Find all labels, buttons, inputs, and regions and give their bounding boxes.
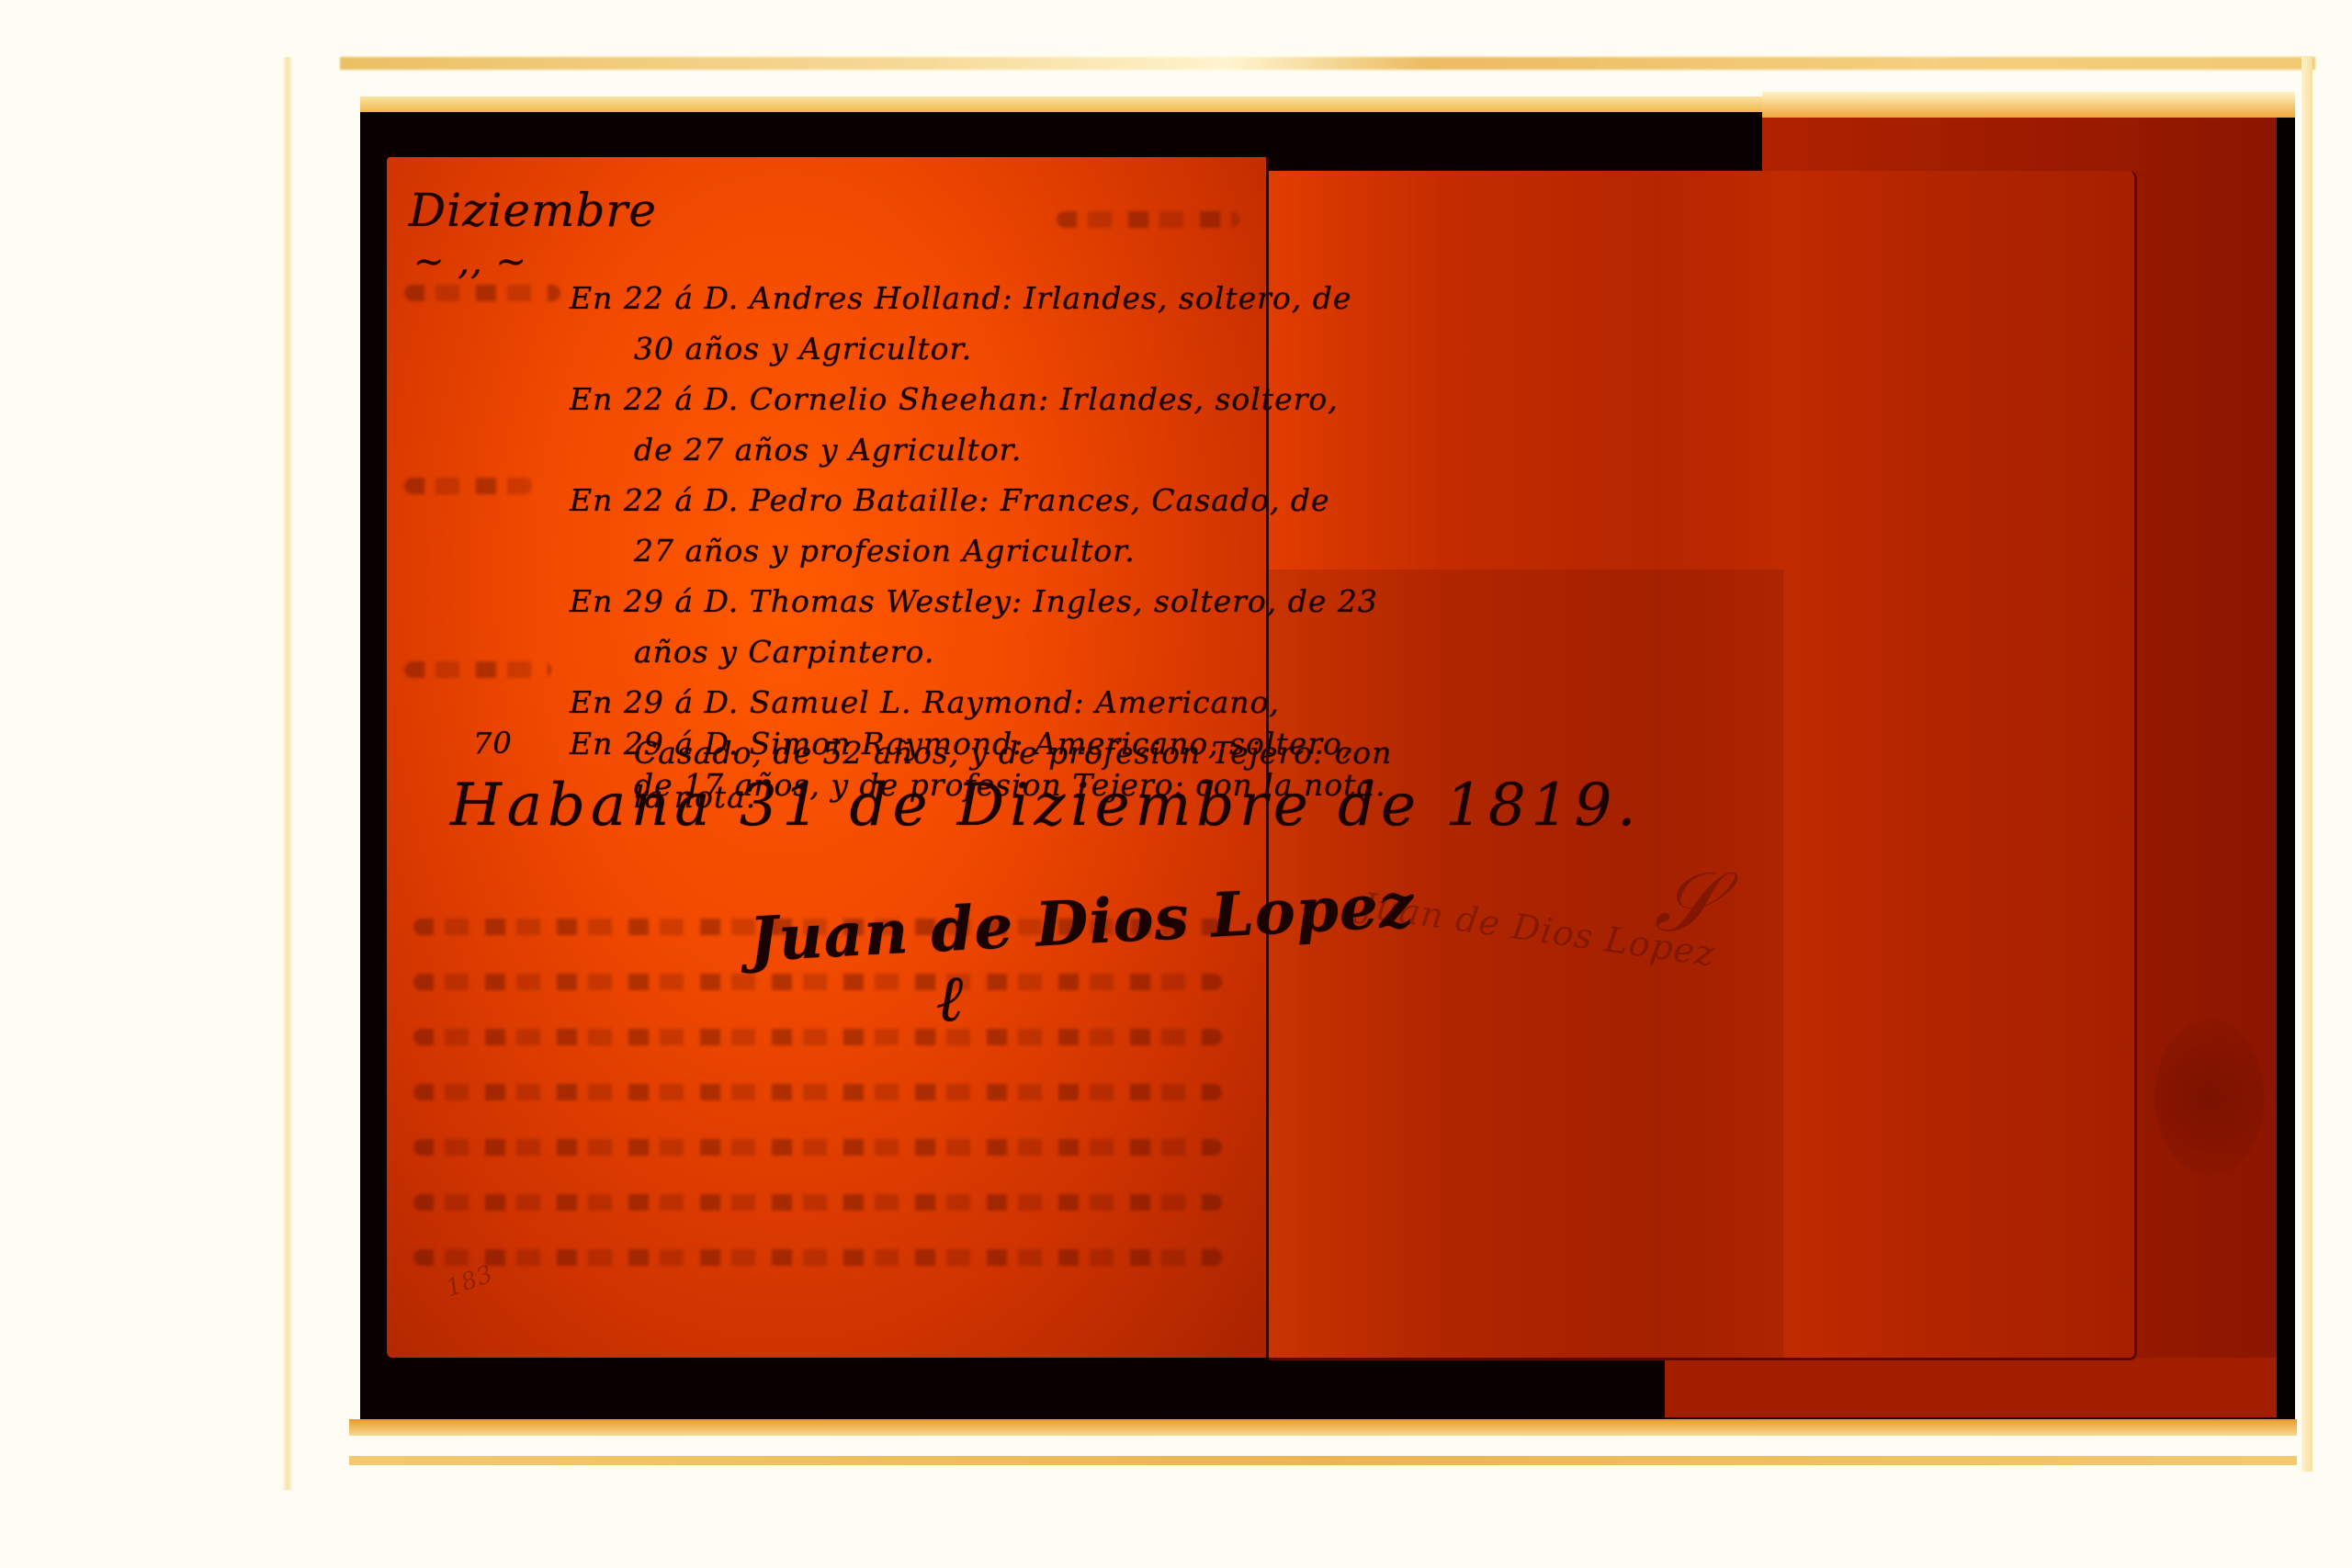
film-edge: [2301, 57, 2312, 1472]
entry-5-line-1: En 29 á D. Samuel L. Raymond: Americano,: [570, 684, 1280, 720]
closing-date: Habana 31 de Diziembre de 1819.: [450, 772, 1642, 840]
film-edge: [349, 1456, 2297, 1465]
entry-3-line-1: En 22 á D. Pedro Bataille: Frances, Casa…: [570, 482, 1330, 518]
ink-bleed-through: [1057, 211, 1240, 228]
entry-2-line-1: En 22 á D. Cornelio Sheehan: Irlandes, s…: [570, 381, 1339, 417]
ink-bleed-through: [413, 1139, 1222, 1156]
entry-1-line-1: En 22 á D. Andres Holland: Irlandes, sol…: [570, 280, 1351, 316]
entry-4-line-1: En 29 á D. Thomas Westley: Ingles, solte…: [570, 583, 1378, 619]
film-edge: [283, 57, 292, 1490]
show-through-flourish: 𝒮: [1654, 854, 1719, 952]
ink-bleed-through: [404, 285, 560, 301]
ink-bleed-through: [413, 1029, 1222, 1045]
backing-board: [1665, 1358, 2277, 1417]
ink-bleed-through: [413, 974, 1222, 990]
margin-number: 70: [473, 726, 513, 761]
entry-1-line-2: 30 años y Agricultor.: [634, 331, 972, 367]
film-edge: [360, 96, 1766, 112]
month-heading: Diziembre: [409, 184, 657, 237]
ink-bleed-through: [413, 1249, 1222, 1266]
paper-stain: [2154, 1020, 2265, 1176]
entry-2-line-2: de 27 años y Agricultor.: [634, 432, 1022, 468]
ink-bleed-through: [404, 661, 551, 678]
film-edge: [1762, 92, 2295, 118]
entry-4-line-2: años y Carpintero.: [634, 634, 934, 670]
entry-6-line-1: En 29 á D. Simon Raymond: Americano, sol…: [570, 726, 1352, 761]
film-edge: [349, 1419, 2297, 1436]
heading-flourish: ~ ,, ~: [413, 241, 527, 283]
ink-bleed-through: [413, 1084, 1222, 1100]
ink-bleed-through: [413, 1194, 1222, 1211]
film-edge: [340, 57, 2315, 70]
scan-frame-edge: [2277, 118, 2295, 1417]
entry-3-line-2: 27 años y profesion Agricultor.: [634, 533, 1136, 569]
ink-bleed-through: [404, 478, 533, 494]
signature-rubric: ℓ: [937, 960, 966, 1037]
